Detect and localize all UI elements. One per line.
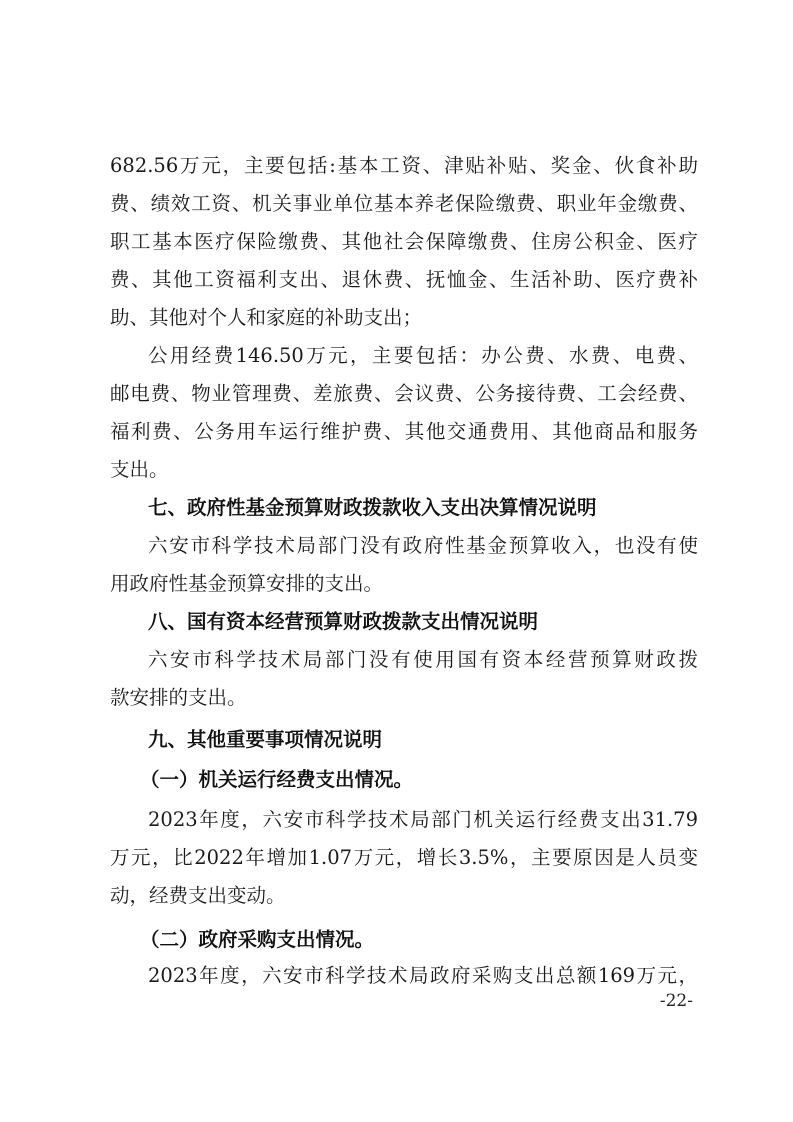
paragraph-line: 职工基本医疗保险缴费、其他社会保障缴费、住房公积金、医疗 xyxy=(110,229,698,255)
subsection-heading-operating-expenses: （一）机关运行经费支出情况。 xyxy=(140,767,413,793)
page-number: -22- xyxy=(660,990,693,1012)
section-heading-eight: 八、国有资本经营预算财政拨款支出情况说明 xyxy=(148,609,538,635)
paragraph-line: 万元，比2022年增加1.07万元，增长3.5%，主要原因是人员变 xyxy=(110,845,698,871)
paragraph-line: 公用经费146.50万元，主要包括：办公费、水费、电费、 xyxy=(148,343,698,369)
paragraph-line: 款安排的支出。 xyxy=(110,685,698,711)
paragraph-line: 邮电费、物业管理费、差旅费、会议费、公务接待费、工会经费、 xyxy=(110,381,698,407)
paragraph-line: 支出。 xyxy=(110,457,698,483)
subsection-heading-procurement: （二）政府采购支出情况。 xyxy=(140,927,374,953)
paragraph-line: 六安市科学技术局部门没有政府性基金预算收入，也没有使 xyxy=(148,533,698,559)
paragraph-line: 2023年度，六安市科学技术局部门机关运行经费支出31.79 xyxy=(148,807,698,833)
paragraph-line: 六安市科学技术局部门没有使用国有资本经营预算财政拨 xyxy=(148,647,698,673)
paragraph-line: 2023年度，六安市科学技术局政府采购支出总额169万元， xyxy=(148,963,698,989)
section-heading-seven: 七、政府性基金预算财政拨款收入支出决算情况说明 xyxy=(148,495,597,521)
paragraph-line: 动，经费支出变动。 xyxy=(110,883,698,909)
paragraph-line: 福利费、公务用车运行维护费、其他交通费用、其他商品和服务 xyxy=(110,419,698,445)
paragraph-line: 用政府性基金预算安排的支出。 xyxy=(110,571,698,597)
paragraph-line: 费、其他工资福利支出、退休费、抚恤金、生活补助、医疗费补 xyxy=(110,267,698,293)
section-heading-nine: 九、其他重要事项情况说明 xyxy=(148,727,382,753)
paragraph-line: 费、绩效工资、机关事业单位基本养老保险缴费、职业年金缴费、 xyxy=(110,191,698,217)
paragraph-line: 682.56万元，主要包括:基本工资、津贴补贴、奖金、伙食补助 xyxy=(110,153,698,179)
paragraph-line: 助、其他对个人和家庭的补助支出； xyxy=(110,305,698,331)
